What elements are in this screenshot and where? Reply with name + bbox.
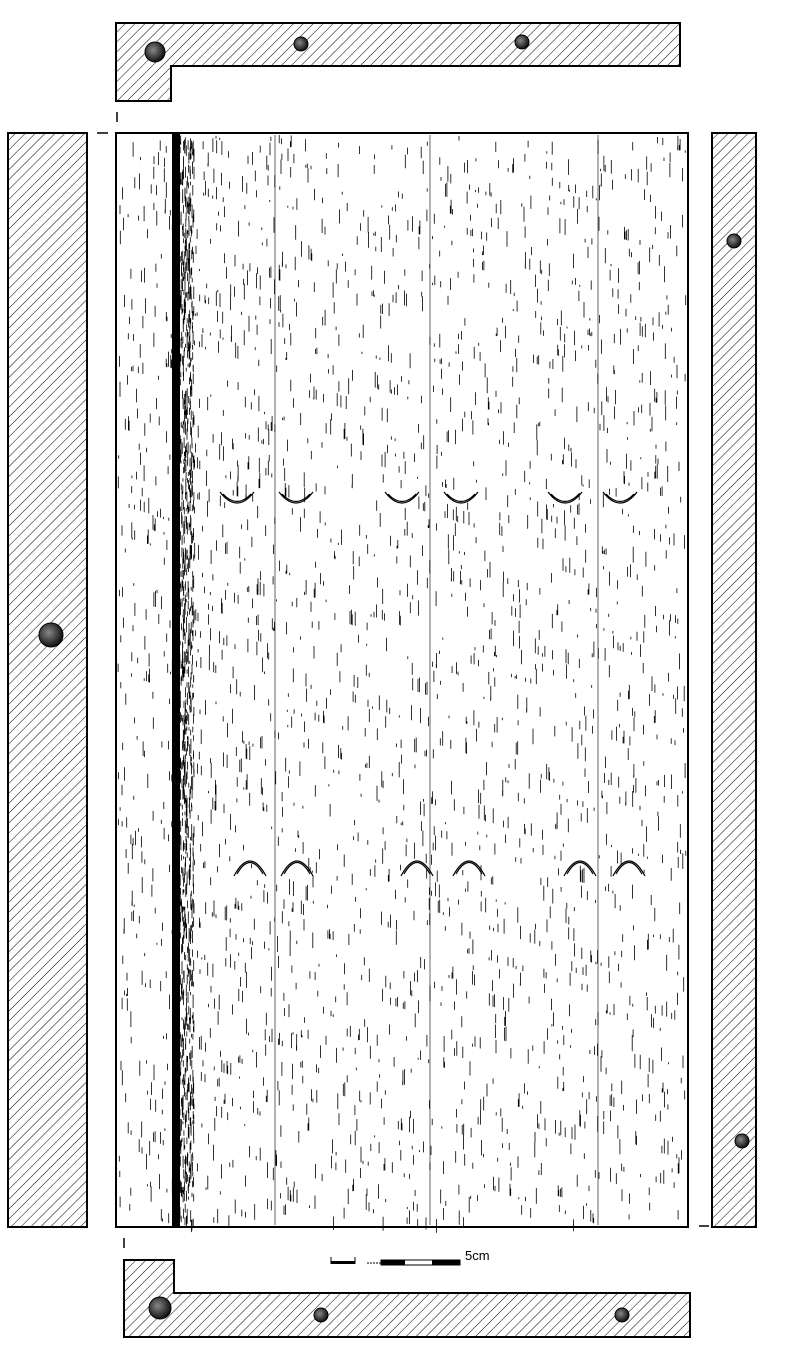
nail-icon — [727, 234, 741, 248]
archaeological-drawing: 5cm — [0, 0, 800, 1360]
nail-icon — [145, 42, 165, 62]
scale-bar: 5cm — [331, 1248, 490, 1265]
nail-icon — [149, 1297, 171, 1319]
board — [116, 133, 688, 1233]
left-frame-piece — [8, 133, 87, 1227]
nail-icon — [515, 35, 529, 49]
right-frame-piece — [712, 133, 756, 1227]
nail-icon — [294, 37, 308, 51]
board-edge-shadow — [172, 133, 180, 1227]
nail-icon — [314, 1308, 328, 1322]
bottom-frame-piece — [124, 1260, 690, 1337]
nail-icon — [39, 623, 63, 647]
scale-label: 5cm — [465, 1248, 490, 1263]
nail-icon — [615, 1308, 629, 1322]
top-frame-piece — [116, 23, 680, 101]
nail-icon — [735, 1134, 749, 1148]
